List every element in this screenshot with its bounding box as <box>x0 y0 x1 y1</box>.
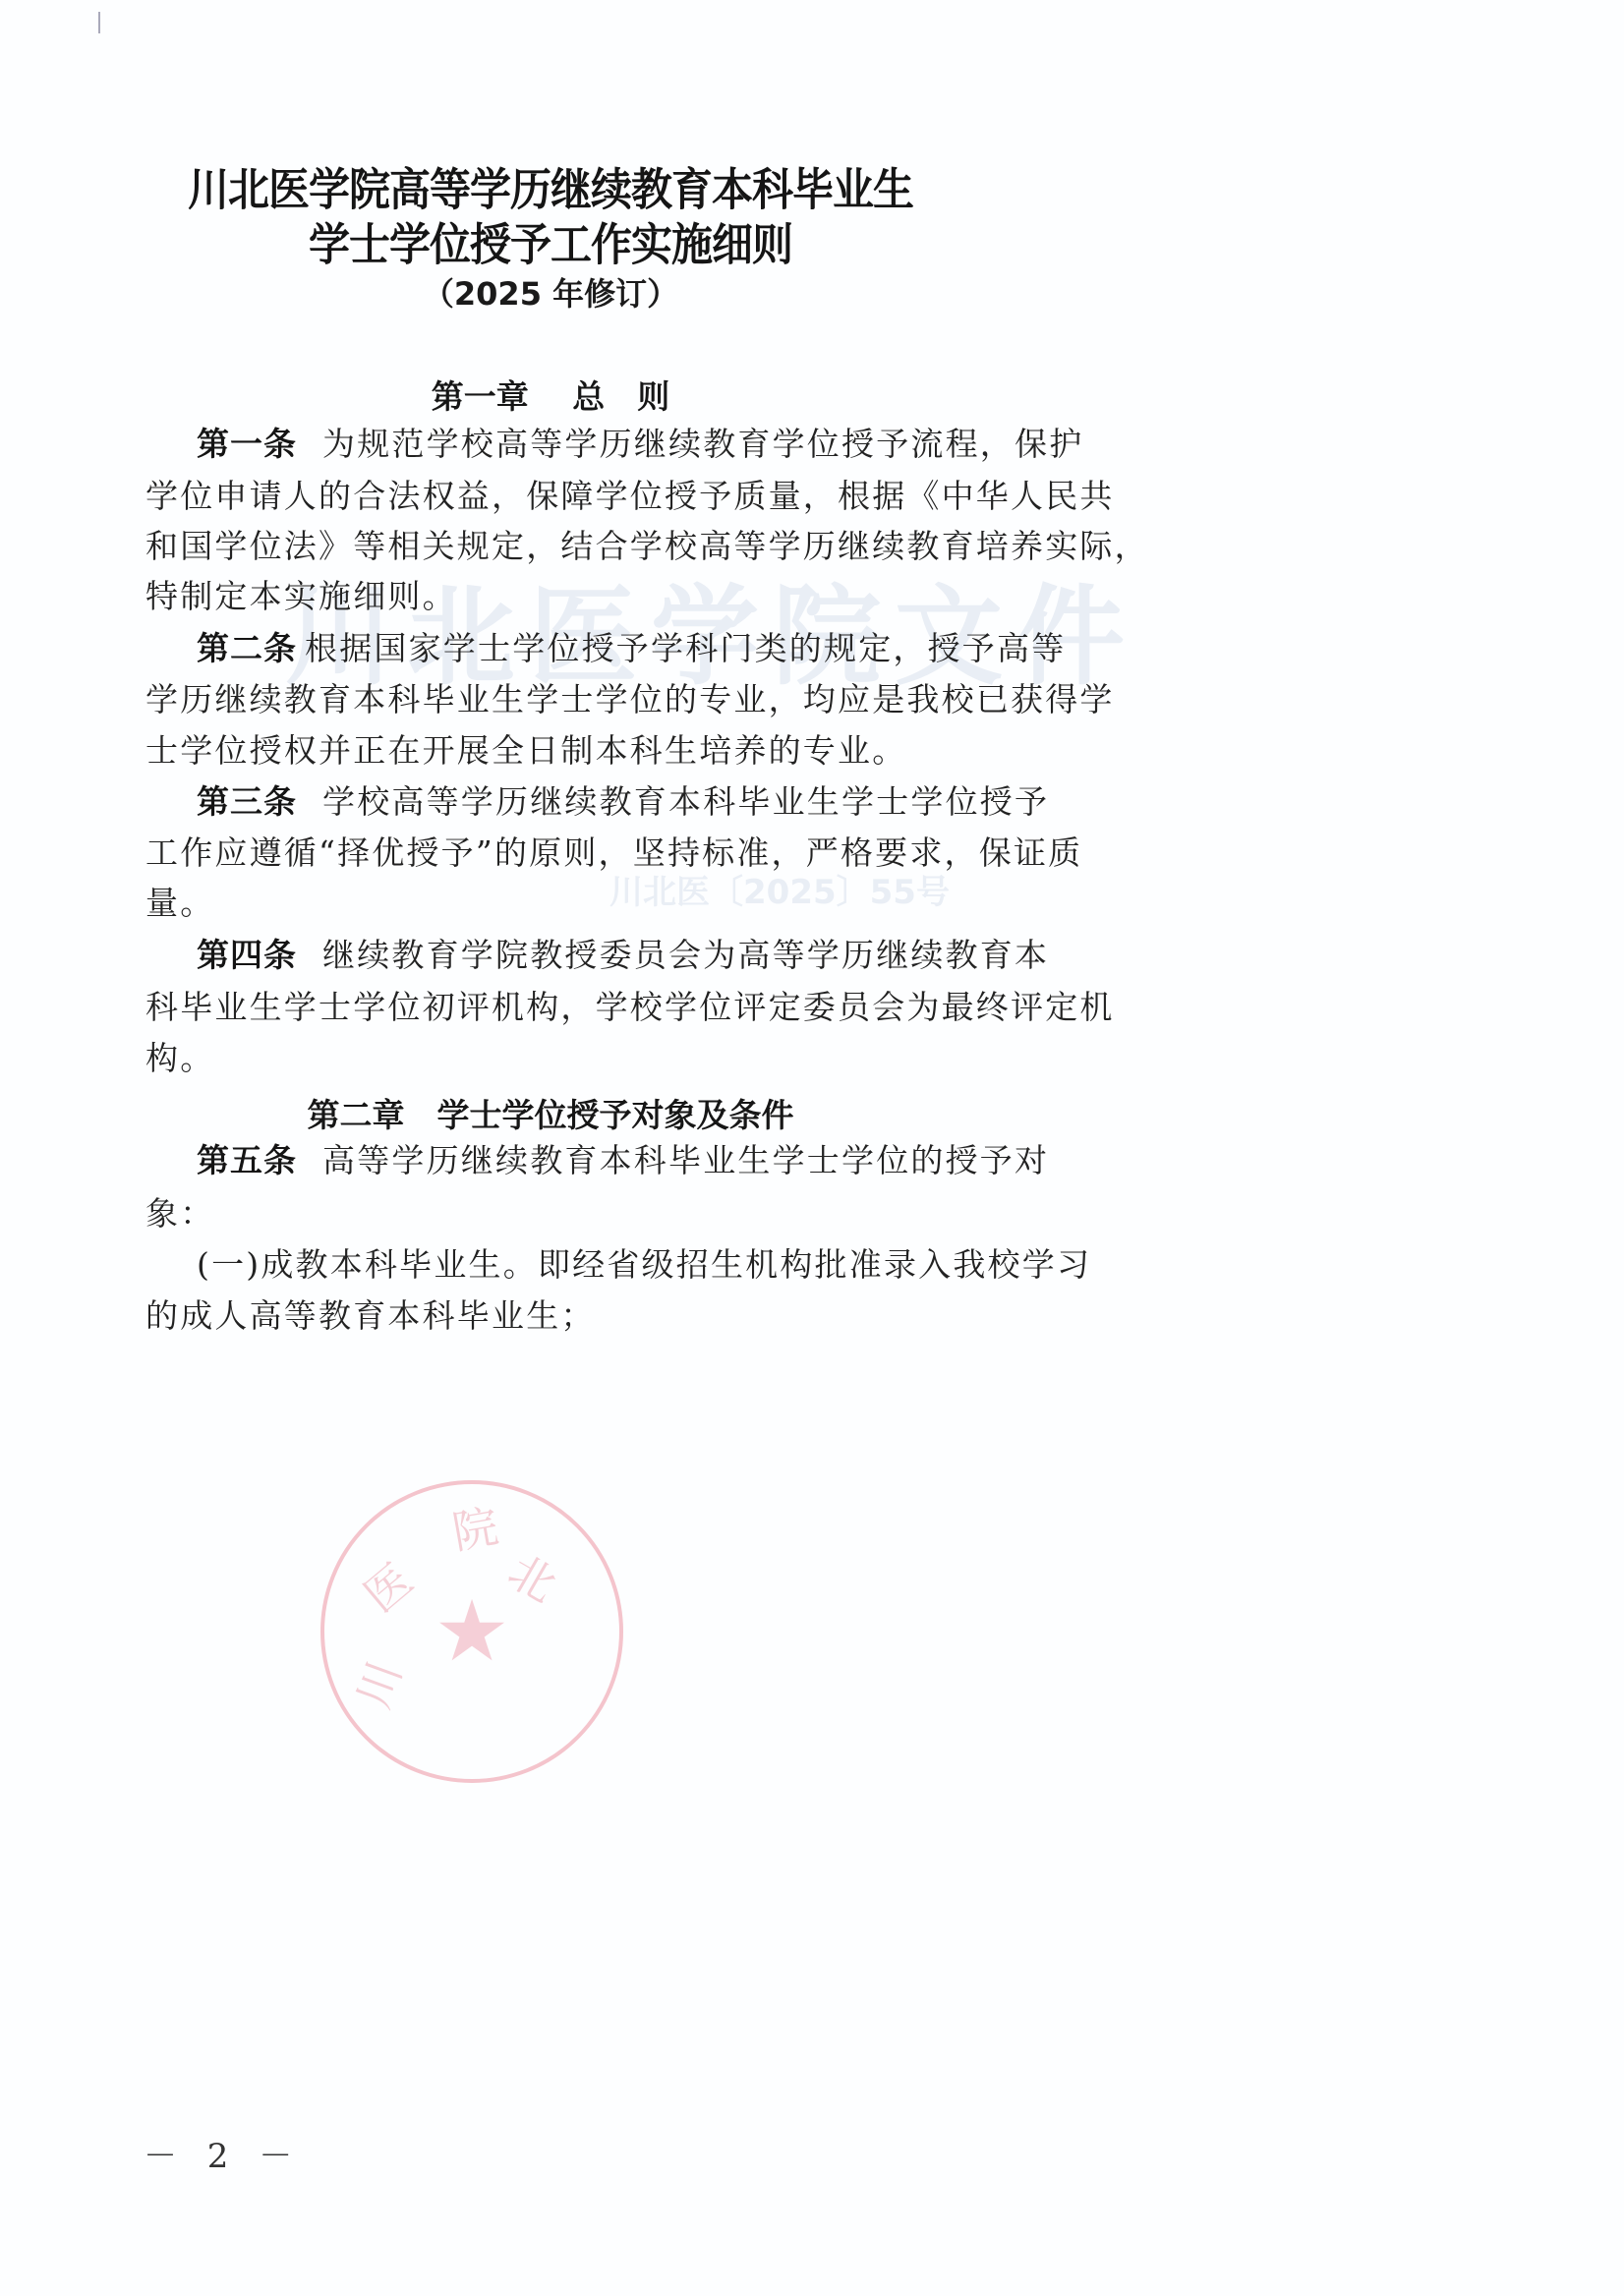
chapter-2-heading: 第二章 学士学位授予对象及条件 <box>0 1090 1101 1136</box>
article-1-line-2: 学位申请人的合法权益，保障学位授予质量，根据《中华人民共 <box>145 477 954 516</box>
article-5-line-1: 第五条高等学历继续教育本科毕业生学士学位的授予对 <box>197 1141 954 1180</box>
article-4-line-1: 第四条继续教育学院教授委员会为高等学历继续教育本 <box>197 936 954 975</box>
article-1-line-4: 特制定本实施细则。 <box>145 577 954 616</box>
document-page: 川北医学院文件 川北医〔2025〕55号 川北医学院高等学历继续教育本科毕业生 … <box>0 0 1624 2296</box>
seal-star-icon: ★ <box>433 1592 511 1671</box>
article-2-label: 第二条 <box>197 629 297 667</box>
item-1-line-2: 的成人高等教育本科毕业生； <box>145 1296 954 1336</box>
seal-glyph: 北 <box>498 1536 570 1615</box>
seal-glyph: 川 <box>338 1651 415 1716</box>
article-1-line-3: 和国学位法》等相关规定，结合学校高等学历继续教育培养实际， <box>145 527 954 566</box>
page-number: － 2 － <box>144 2129 302 2177</box>
article-3-line-2: 工作应遵循“择优授予”的原则，坚持标准，严格要求，保证质 <box>145 833 954 873</box>
official-seal: ★ 院 北 医 川 <box>320 1480 623 1783</box>
article-3-line-3: 量。 <box>145 884 954 923</box>
item-1-line-1: (一)成教本科毕业生。即经省级招生机构批准录入我校学习 <box>197 1245 954 1285</box>
article-4-line-2: 科毕业生学士学位初评机构，学校学位评定委员会为最终评定机 <box>145 988 954 1027</box>
document-title-line-2: 学士学位授予工作实施细则 <box>0 210 1101 274</box>
article-1-label: 第一条 <box>197 425 297 463</box>
article-4-line-3: 构。 <box>145 1039 954 1078</box>
document-subtitle: （2025 年修订） <box>0 269 1101 315</box>
article-2-line-2: 学历继续教育本科毕业生学士学位的专业，均应是我校已获得学 <box>145 680 954 719</box>
article-1-line-1: 第一条为规范学校高等学历继续教育学位授予流程，保护 <box>197 425 954 464</box>
chapter-1-heading: 第一章 总 则 <box>0 372 1101 418</box>
seal-glyph: 医 <box>348 1546 425 1625</box>
article-5-label: 第五条 <box>197 1141 297 1179</box>
article-4-label: 第四条 <box>197 936 297 974</box>
article-3-line-1: 第三条学校高等学历继续教育本科毕业生学士学位授予 <box>197 782 954 822</box>
article-5-line-2: 象： <box>145 1194 954 1234</box>
article-2-line-1: 第二条根据国家学士学位授予学科门类的规定，授予高等 <box>197 629 954 668</box>
article-3-label: 第三条 <box>197 782 297 821</box>
scan-mark <box>98 12 100 33</box>
seal-glyph: 院 <box>447 1491 503 1563</box>
article-2-line-3: 士学位授权并正在开展全日制本科生培养的专业。 <box>145 731 954 771</box>
